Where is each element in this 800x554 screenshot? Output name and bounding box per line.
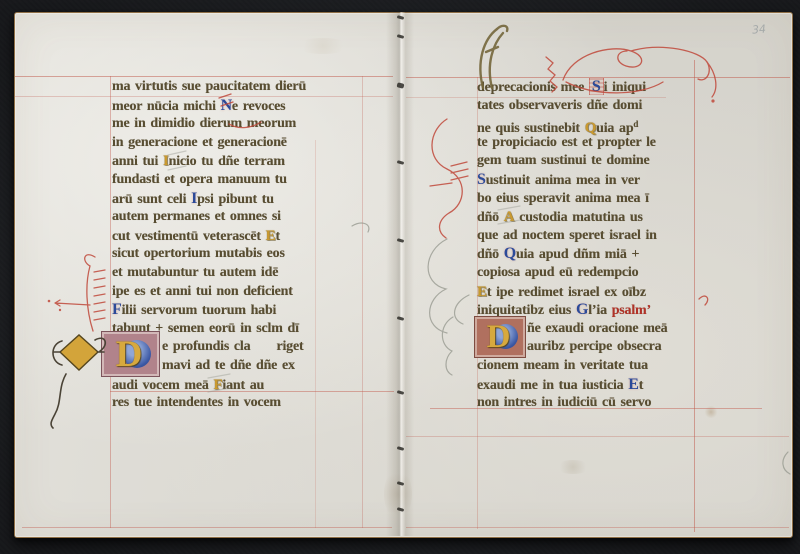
text-segment: nicio tu dñe terram xyxy=(169,154,285,169)
drop-cap-initial-right: D xyxy=(474,316,526,358)
text-line: anni tui Inicio tu dñe terram xyxy=(112,152,370,171)
text-line: dñō Quia apud dñm miā + xyxy=(477,245,739,264)
text-segment: l’ia xyxy=(588,303,611,318)
text-segment: ilii servorum tuorum habi xyxy=(122,303,277,318)
pencil-folio-number: 34 xyxy=(751,22,766,36)
initial-blue: N xyxy=(221,97,232,114)
text-segment: non intres in iudiciū cū servo xyxy=(477,395,651,410)
text-segment: uia apud dñm miā + xyxy=(516,247,639,262)
text-segment: copiosa apud eū redempcio xyxy=(477,265,638,280)
text-line: Sustinuit anima mea in ver xyxy=(477,171,739,190)
rubric-text: psalm’ xyxy=(612,303,651,318)
text-segment: psi pibunt tu xyxy=(197,192,274,207)
text-line: ne quis sustinebit Quia apd xyxy=(477,115,739,134)
text-line: tates observaveris dñe domi xyxy=(477,97,739,116)
ruling-line xyxy=(406,527,789,528)
text-line: ipe es et anni tui non deficient xyxy=(112,283,370,302)
text-line: in generacione et generacionē xyxy=(112,134,370,153)
text-segment: auribz percipe obsecra xyxy=(527,339,661,354)
text-line: bo eius speravit anima mea ī xyxy=(477,190,739,209)
text-line: Et ipe redimet israel ex oībz xyxy=(477,283,739,302)
text-segment: deprecacionis mee xyxy=(477,80,589,95)
text-line: te propiciacio est et propter le xyxy=(477,134,739,153)
text-line: me in dimidio dierum meorum xyxy=(112,115,370,134)
text-line: sicut opertorium mutabis eos xyxy=(112,245,370,264)
text-line: que ad noctem speret israel in xyxy=(477,227,739,246)
text-segment: bo eius speravit anima mea ī xyxy=(477,191,649,206)
text-line: fundasti et opera manuum tu xyxy=(112,171,370,190)
initial-blue: F xyxy=(112,301,122,318)
drop-cap-initial-left: D xyxy=(101,331,160,377)
text-line: dñō A custodia matutina us xyxy=(477,208,739,227)
text-segment: autem permanes et omnes si xyxy=(112,209,281,224)
text-segment: audi vocem meā xyxy=(112,378,213,393)
text-line: Filii servorum tuorum habi xyxy=(112,301,370,320)
text-segment: ipe es et anni tui non deficient xyxy=(112,284,293,299)
initial-blue: S xyxy=(477,171,486,188)
text-segment: dñō xyxy=(477,247,504,262)
text-line: ma virtutis sue paucitatem dierū xyxy=(112,78,370,97)
text-segment: ñe exaudi oracione meā xyxy=(527,321,667,336)
text-line: cionem meam in veritate tua xyxy=(477,357,739,376)
text-line: exaudi me in tua iusticia Et xyxy=(477,376,739,395)
text-segment: ma virtutis sue paucitatem dierū xyxy=(112,79,306,94)
superscript-abbreviation: d xyxy=(633,119,638,129)
parchment-stain xyxy=(296,38,350,54)
photograph-backdrop: ma virtutis sue paucitatem dierūmeor nūc… xyxy=(0,0,800,554)
text-segment: t ipe redimet israel ex oībz xyxy=(487,285,646,300)
text-line: meor nūcia michi Ne revoces xyxy=(112,97,370,116)
ruling-line xyxy=(22,527,392,528)
text-line: non intres in iudiciū cū servo xyxy=(477,394,739,413)
initial-blue: G xyxy=(576,301,588,318)
text-line: et mutabuntur tu autem idē xyxy=(112,264,370,283)
initial-gold: A xyxy=(504,209,515,225)
text-segment: riget xyxy=(276,339,303,354)
text-segment: in generacione et generacionē xyxy=(112,135,287,150)
text-segment: gem tuam sustinui te domine xyxy=(477,153,650,168)
text-segment: cut vestimentū veterascēt xyxy=(112,229,266,244)
parchment-stain xyxy=(556,460,590,474)
text-line: arū sunt celi Ipsi pibunt tu xyxy=(112,190,370,209)
text-segment: t xyxy=(639,378,643,393)
text-segment: t xyxy=(275,229,279,244)
text-segment: arū sunt celi xyxy=(112,192,191,207)
text-line: res tue intendentes in vocem xyxy=(112,394,370,413)
text-line: audi vocem meā Fiant au xyxy=(112,376,370,395)
text-segment: dñō xyxy=(477,210,504,225)
text-line: autem permanes et omnes si xyxy=(112,208,370,227)
ruling-line xyxy=(110,76,111,528)
drop-cap-letter: D xyxy=(487,321,511,354)
text-segment: te propiciacio est et propter le xyxy=(477,135,656,150)
text-segment: sicut opertorium mutabis eos xyxy=(112,246,285,261)
text-line: deprecacionis mee Si iniqui xyxy=(477,78,739,97)
center-fold xyxy=(386,12,414,536)
text-line: copiosa apud eū redempcio xyxy=(477,264,739,283)
text-segment: et mutabuntur tu autem idē xyxy=(112,265,278,280)
text-segment: fundasti et opera manuum tu xyxy=(112,172,287,187)
initial-gold: E xyxy=(477,284,487,300)
ruling-line xyxy=(15,76,393,77)
text-segment: e revoces xyxy=(232,99,285,114)
text-segment: e profundis cla xyxy=(162,339,250,354)
initial-blue: S xyxy=(589,78,604,95)
text-segment: mavi ad te dñe dñe ex xyxy=(162,358,295,373)
text-segment: anni tui xyxy=(112,154,163,169)
drop-cap-letter: D xyxy=(116,336,143,373)
initial-blue: Q xyxy=(504,245,516,262)
text-segment: me in dimidio dierum meorum xyxy=(112,116,296,131)
text-line: gem tuam sustinui te domine xyxy=(477,152,739,171)
text-segment: tates observaveris dñe domi xyxy=(477,98,642,113)
ruling-line xyxy=(406,436,789,437)
text-segment: custodia matutina us xyxy=(514,210,642,225)
text-segment: meor nūcia michi xyxy=(112,99,221,114)
initial-gold: E xyxy=(266,228,276,244)
text-line: cut vestimentū veterascēt Et xyxy=(112,227,370,246)
text-segment: ustinuit anima mea in ver xyxy=(486,173,640,188)
initial-blue: E xyxy=(628,376,638,393)
text-segment: i iniqui xyxy=(604,80,646,95)
text-segment: cionem meam in veritate tua xyxy=(477,358,648,373)
text-segment: res tue intendentes in vocem xyxy=(112,395,281,410)
text-segment: iant au xyxy=(222,378,264,393)
text-segment: que ad noctem speret israel in xyxy=(477,228,657,243)
right-page-text-block: deprecacionis mee Si iniquitates observa… xyxy=(477,78,739,413)
text-segment: exaudi me in tua iusticia xyxy=(477,378,628,393)
